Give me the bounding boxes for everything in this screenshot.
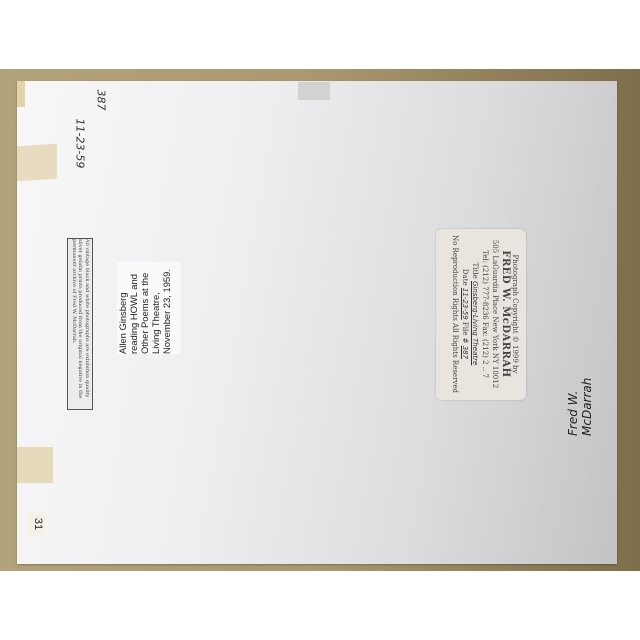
copyright-stamp-text: Photograph Copyright © 1999 by FRED W. M… xyxy=(436,229,526,399)
caption-line: reading HOWL and xyxy=(128,262,139,354)
caption-line: Living Theatre, xyxy=(150,262,161,354)
stamp-phone: Tel: (212) 777-8236 Fax: (212) 2 .. 7 xyxy=(480,229,490,399)
stamp-title-row: Title Ginsberg-Living Theatre xyxy=(470,229,480,399)
stamp-title-value: Ginsberg-Living Theatre xyxy=(471,281,479,365)
stamp-footer: No Reproduction Rights All Rights Reserv… xyxy=(450,229,460,399)
stamp-line: Photograph Copyright © 1999 by xyxy=(510,229,520,399)
archival-label: All vintage black and white photographs … xyxy=(67,238,93,410)
stamp-name: FRED W. McDARRAH xyxy=(500,229,510,399)
stamp-date-value: 11-23-59 xyxy=(461,288,469,320)
tape-left-lower xyxy=(17,447,53,483)
caption-line: Other Poems at the xyxy=(139,262,150,354)
stamp-date-row: Date 11-23-59 File # 387 xyxy=(460,229,470,399)
copyright-stamp: Photograph Copyright © 1999 by FRED W. M… xyxy=(436,229,526,400)
tape-top-residue xyxy=(298,82,330,100)
catalog-number-note: 387 xyxy=(95,90,108,160)
stamp-file-value: 387 xyxy=(461,346,469,359)
caption-line: November 23, 1959. xyxy=(161,262,172,354)
caption-text: Allen Ginsberg reading HOWL and Other Po… xyxy=(117,262,181,354)
tape-top-left xyxy=(17,81,25,107)
caption-label: Allen Ginsberg reading HOWL and Other Po… xyxy=(117,262,181,354)
photographer-signature: Fred W. McDarrah xyxy=(566,336,594,436)
stamp-address: 505 LaGuardia Place New York NY 10012 xyxy=(490,229,500,399)
caption-line: Allen Ginsberg xyxy=(117,262,128,354)
sheet-number-label: 31 xyxy=(27,512,45,536)
date-note: 11-23-59 xyxy=(74,119,87,199)
sheet-number: 31 xyxy=(28,515,44,533)
tape-left-upper xyxy=(17,144,57,182)
archival-label-text: All vintage black and white photographs … xyxy=(68,239,90,407)
